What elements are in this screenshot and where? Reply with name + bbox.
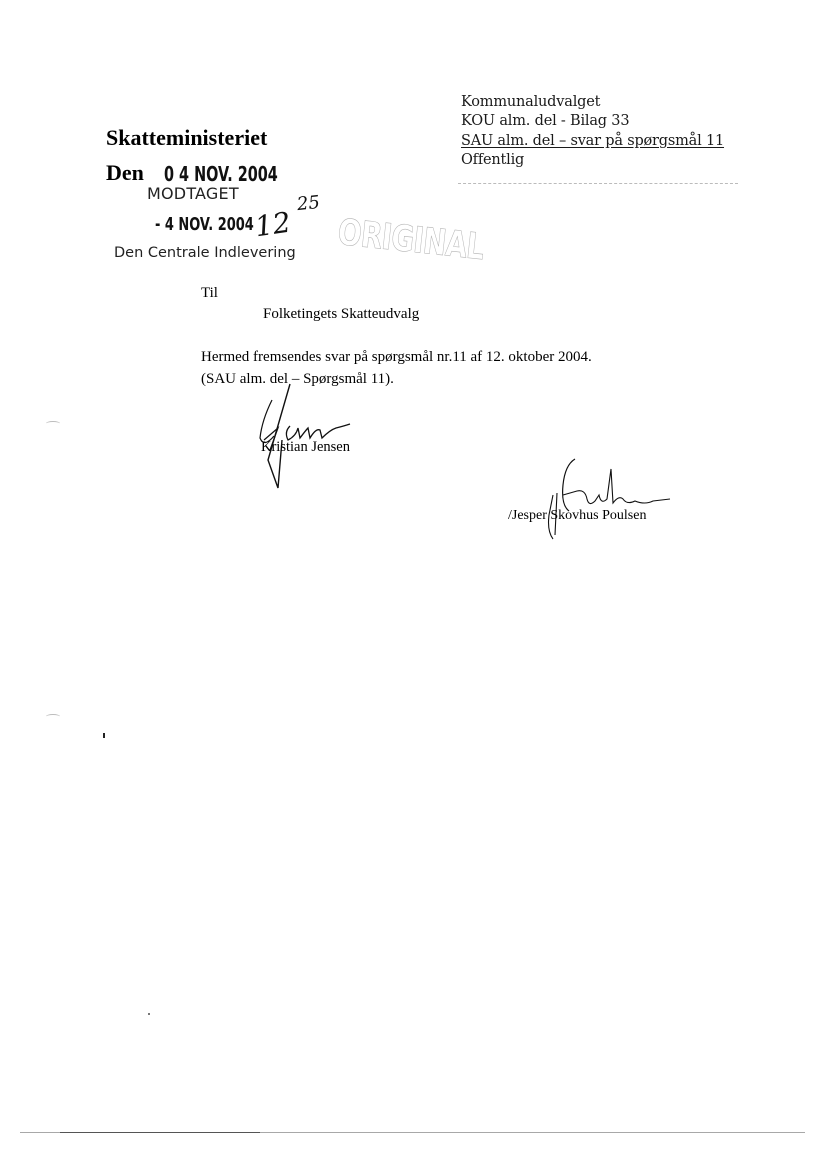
original-stamp: ORIGINAL [336, 212, 486, 268]
ministry-name: Skatteministeriet [106, 125, 267, 151]
handwritten-minute: 25 [296, 192, 321, 215]
signer-name-1: Kristian Jensen [261, 439, 350, 456]
received-stamp-label: MODTAGET [147, 184, 239, 203]
received-date-stamp: - 4 NOV. 2004 [155, 214, 254, 235]
document-subject: SAU alm. del – svar på spørgsmål 11 [461, 133, 724, 149]
signature-scribble-2 [535, 455, 675, 545]
receiving-office-label: Den Centrale Indlevering [114, 245, 296, 261]
hole-punch-mark [46, 421, 60, 426]
committee-label: Kommunaludvalget [461, 94, 600, 110]
header-divider [458, 183, 738, 184]
document-reference: KOU alm. del - Bilag 33 [461, 113, 629, 129]
classification-label: Offentlig [461, 152, 524, 168]
body-text-line-1: Hermed fremsendes svar på spørgsmål nr.1… [201, 349, 592, 366]
scan-speck [103, 733, 105, 738]
page-bottom-rule-segment [60, 1132, 260, 1133]
handwritten-hour: 12 [253, 206, 293, 244]
signer-name-2: /Jesper Skovhus Poulsen [508, 508, 646, 524]
recipient-name: Folketingets Skatteudvalg [263, 306, 419, 323]
signature-scribble-1 [250, 380, 370, 490]
date-label: Den [106, 160, 144, 186]
to-label: Til [201, 285, 218, 302]
scan-speck [148, 1013, 150, 1015]
body-text-line-2: (SAU alm. del – Spørgsmål 11). [201, 371, 394, 388]
hole-punch-mark [46, 714, 60, 719]
date-stamp: 0 4 NOV. 2004 [164, 162, 278, 186]
